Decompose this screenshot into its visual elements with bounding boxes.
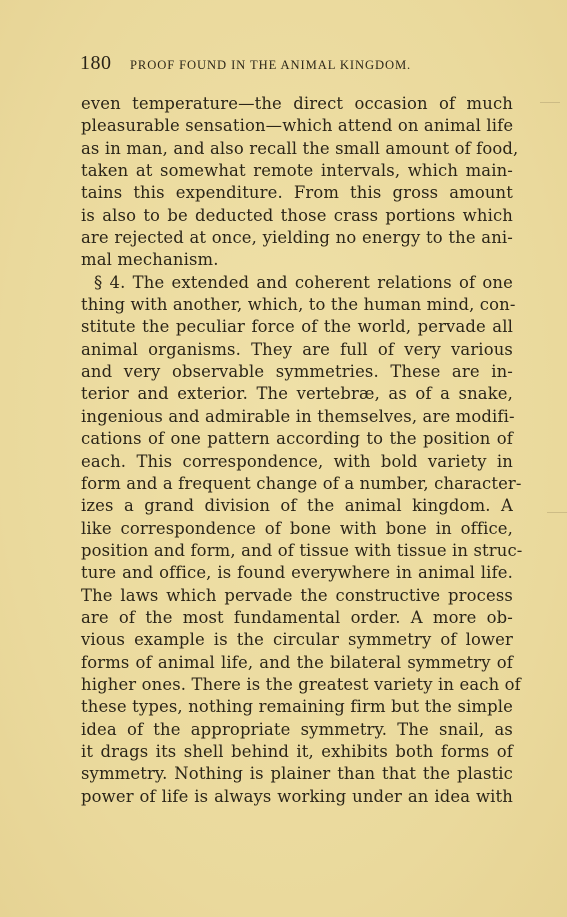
text-line: even temperature—the direct occasion of … — [81, 93, 513, 115]
text-line: pleasurable sensation—which attend on an… — [81, 115, 513, 137]
text-line: is also to be deducted those crass porti… — [81, 205, 513, 227]
text-line: ingenious and admirable in themselves, a… — [81, 406, 513, 428]
text-line: symmetry. Nothing is plainer than that t… — [81, 763, 513, 785]
text-line: stitute the peculiar force of the world,… — [81, 316, 513, 338]
text-line: idea of the appropriate symmetry. The sn… — [81, 719, 513, 741]
text-line: terior and exterior. The vertebræ, as of… — [81, 383, 513, 405]
text-line: ture and office, is found everywhere in … — [81, 562, 513, 584]
running-title: PROOF FOUND IN THE ANIMAL KINGDOM. — [130, 58, 411, 73]
text-line: it drags its shell behind it, exhibits b… — [81, 741, 513, 763]
text-line: as in man, and also recall the small amo… — [81, 138, 513, 160]
book-page: 180 PROOF FOUND IN THE ANIMAL KINGDOM. e… — [0, 0, 567, 917]
text-line: thing with another, which, to the human … — [81, 294, 513, 316]
text-line: are of the most fundamental order. A mor… — [81, 607, 513, 629]
text-line: form and a frequent change of a number, … — [81, 473, 513, 495]
section-heading-line: § 4. The extended and coherent relations… — [81, 272, 513, 294]
text-line: izes a grand division of the animal king… — [81, 495, 513, 517]
text-line: forms of animal life, and the bilateral … — [81, 652, 513, 674]
margin-mark — [547, 512, 567, 513]
text-line: like correspondence of bone with bone in… — [81, 518, 513, 540]
text-line: tains this expenditure. From this gross … — [81, 182, 513, 204]
text-line: taken at somewhat remote intervals, whic… — [81, 160, 513, 182]
text-line: animal organisms. They are full of very … — [81, 339, 513, 361]
body-text: even temperature—the direct occasion of … — [81, 93, 513, 808]
running-head: 180 PROOF FOUND IN THE ANIMAL KINGDOM. — [80, 52, 490, 76]
margin-mark — [540, 102, 560, 103]
text-line: position and form, and of tissue with ti… — [81, 540, 513, 562]
text-line: and very observable symmetries. These ar… — [81, 361, 513, 383]
page-number: 180 — [80, 52, 112, 75]
text-line: power of life is always working under an… — [81, 786, 513, 808]
text-line: The laws which pervade the constructive … — [81, 585, 513, 607]
text-line: are rejected at once, yielding no energy… — [81, 227, 513, 249]
text-line: cations of one pattern according to the … — [81, 428, 513, 450]
text-line: each. This correspondence, with bold var… — [81, 451, 513, 473]
text-line: vious example is the circular symmetry o… — [81, 629, 513, 651]
text-line: these types, nothing remaining firm but … — [81, 696, 513, 718]
text-line: higher ones. There is the greatest varie… — [81, 674, 513, 696]
paragraph-end-line: mal mechanism. — [81, 249, 513, 271]
